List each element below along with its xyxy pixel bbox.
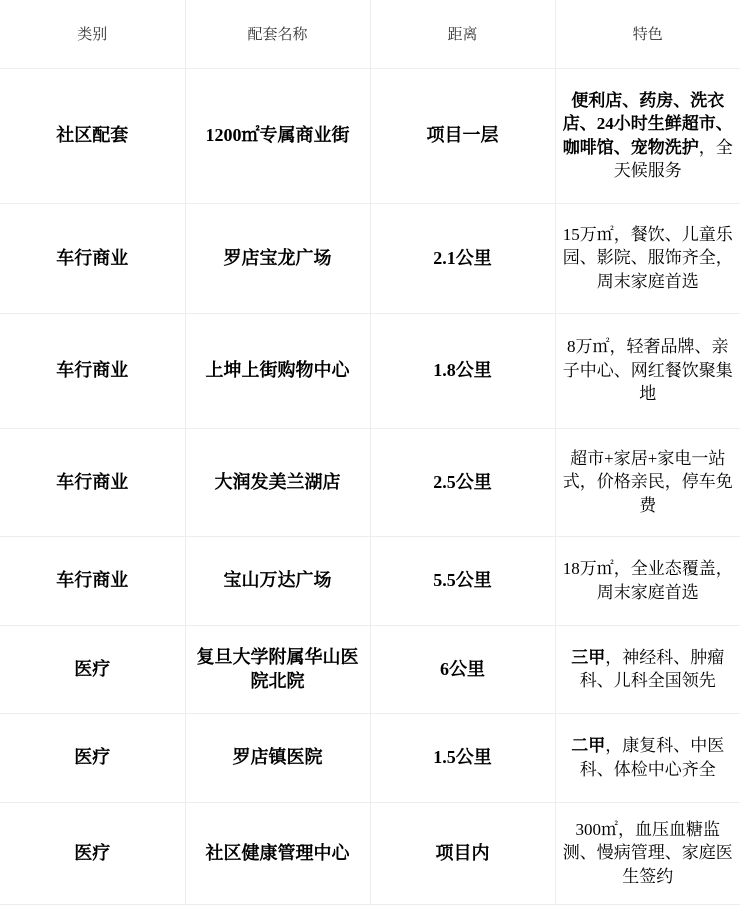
cell-features: 便利店、药房、洗衣店、24小时生鲜超市、咖啡馆、宠物洗护，全天候服务 [555, 68, 740, 203]
table-row: 医疗 社区健康管理中心 项目内 300㎡，血压血糖监测、慢病管理、家庭医生签约 [0, 802, 740, 904]
table-row: 社区配套 1200㎡专属商业街 项目一层 便利店、药房、洗衣店、24小时生鲜超市… [0, 68, 740, 203]
cell-category: 医疗 [0, 713, 185, 802]
features-regular-text: 15万㎡，餐饮、儿童乐园、影院、服饰齐全，周末家庭首选 [563, 225, 733, 291]
cell-features: 8万㎡，轻奢品牌、亲子中心、网红餐饮聚集地 [555, 313, 740, 428]
table-row: 车行商业 罗店宝龙广场 2.1公里 15万㎡，餐饮、儿童乐园、影院、服饰齐全，周… [0, 203, 740, 313]
cell-category: 车行商业 [0, 313, 185, 428]
cell-name: 大润发美兰湖店 [185, 428, 370, 536]
cell-name: 宝山万达广场 [185, 536, 370, 625]
header-row: 类别 配套名称 距离 特色 [0, 0, 740, 68]
cell-category: 车行商业 [0, 536, 185, 625]
column-header-name: 配套名称 [185, 0, 370, 68]
cell-name: 罗店宝龙广场 [185, 203, 370, 313]
table-row: 医疗 复旦大学附属华山医院北院 6公里 三甲，神经科、肿瘤科、儿科全国领先 [0, 625, 740, 713]
features-regular-text: 18万㎡，全业态覆盖，周末家庭首选 [563, 559, 733, 601]
features-regular-text: 超市+家居+家电一站式，价格亲民，停车免费 [563, 449, 733, 515]
column-header-features: 特色 [555, 0, 740, 68]
cell-name: 社区健康管理中心 [185, 802, 370, 904]
column-header-distance: 距离 [370, 0, 555, 68]
cell-name: 复旦大学附属华山医院北院 [185, 625, 370, 713]
cell-distance: 1.8公里 [370, 313, 555, 428]
cell-distance: 6公里 [370, 625, 555, 713]
cell-name: 罗店镇医院 [185, 713, 370, 802]
features-bold-text: 三甲 [571, 648, 605, 667]
cell-category: 车行商业 [0, 428, 185, 536]
amenities-table: 类别 配套名称 距离 特色 社区配套 1200㎡专属商业街 项目一层 便利店、药… [0, 0, 740, 905]
table-row: 车行商业 上坤上街购物中心 1.8公里 8万㎡，轻奢品牌、亲子中心、网红餐饮聚集… [0, 313, 740, 428]
cell-category: 医疗 [0, 802, 185, 904]
cell-features: 15万㎡，餐饮、儿童乐园、影院、服饰齐全，周末家庭首选 [555, 203, 740, 313]
cell-distance: 5.5公里 [370, 536, 555, 625]
table-row: 医疗 罗店镇医院 1.5公里 二甲，康复科、中医科、体检中心齐全 [0, 713, 740, 802]
cell-distance: 项目内 [370, 802, 555, 904]
cell-category: 车行商业 [0, 203, 185, 313]
column-header-category: 类别 [0, 0, 185, 68]
cell-features: 300㎡，血压血糖监测、慢病管理、家庭医生签约 [555, 802, 740, 904]
cell-distance: 2.5公里 [370, 428, 555, 536]
cell-category: 社区配套 [0, 68, 185, 203]
cell-name: 上坤上街购物中心 [185, 313, 370, 428]
features-regular-text: 8万㎡，轻奢品牌、亲子中心、网红餐饮聚集地 [563, 337, 733, 403]
features-regular-text: 300㎡，血压血糖监测、慢病管理、家庭医生签约 [563, 820, 733, 886]
cell-distance: 1.5公里 [370, 713, 555, 802]
cell-name: 1200㎡专属商业街 [185, 68, 370, 203]
cell-features: 三甲，神经科、肿瘤科、儿科全国领先 [555, 625, 740, 713]
table-row: 车行商业 宝山万达广场 5.5公里 18万㎡，全业态覆盖，周末家庭首选 [0, 536, 740, 625]
table-body: 社区配套 1200㎡专属商业街 项目一层 便利店、药房、洗衣店、24小时生鲜超市… [0, 68, 740, 904]
cell-features: 超市+家居+家电一站式，价格亲民，停车免费 [555, 428, 740, 536]
cell-features: 18万㎡，全业态覆盖，周末家庭首选 [555, 536, 740, 625]
cell-features: 二甲，康复科、中医科、体检中心齐全 [555, 713, 740, 802]
features-bold-text: 二甲 [571, 736, 605, 755]
table-header: 类别 配套名称 距离 特色 [0, 0, 740, 68]
cell-distance: 项目一层 [370, 68, 555, 203]
cell-category: 医疗 [0, 625, 185, 713]
cell-distance: 2.1公里 [370, 203, 555, 313]
table-row: 车行商业 大润发美兰湖店 2.5公里 超市+家居+家电一站式，价格亲民，停车免费 [0, 428, 740, 536]
